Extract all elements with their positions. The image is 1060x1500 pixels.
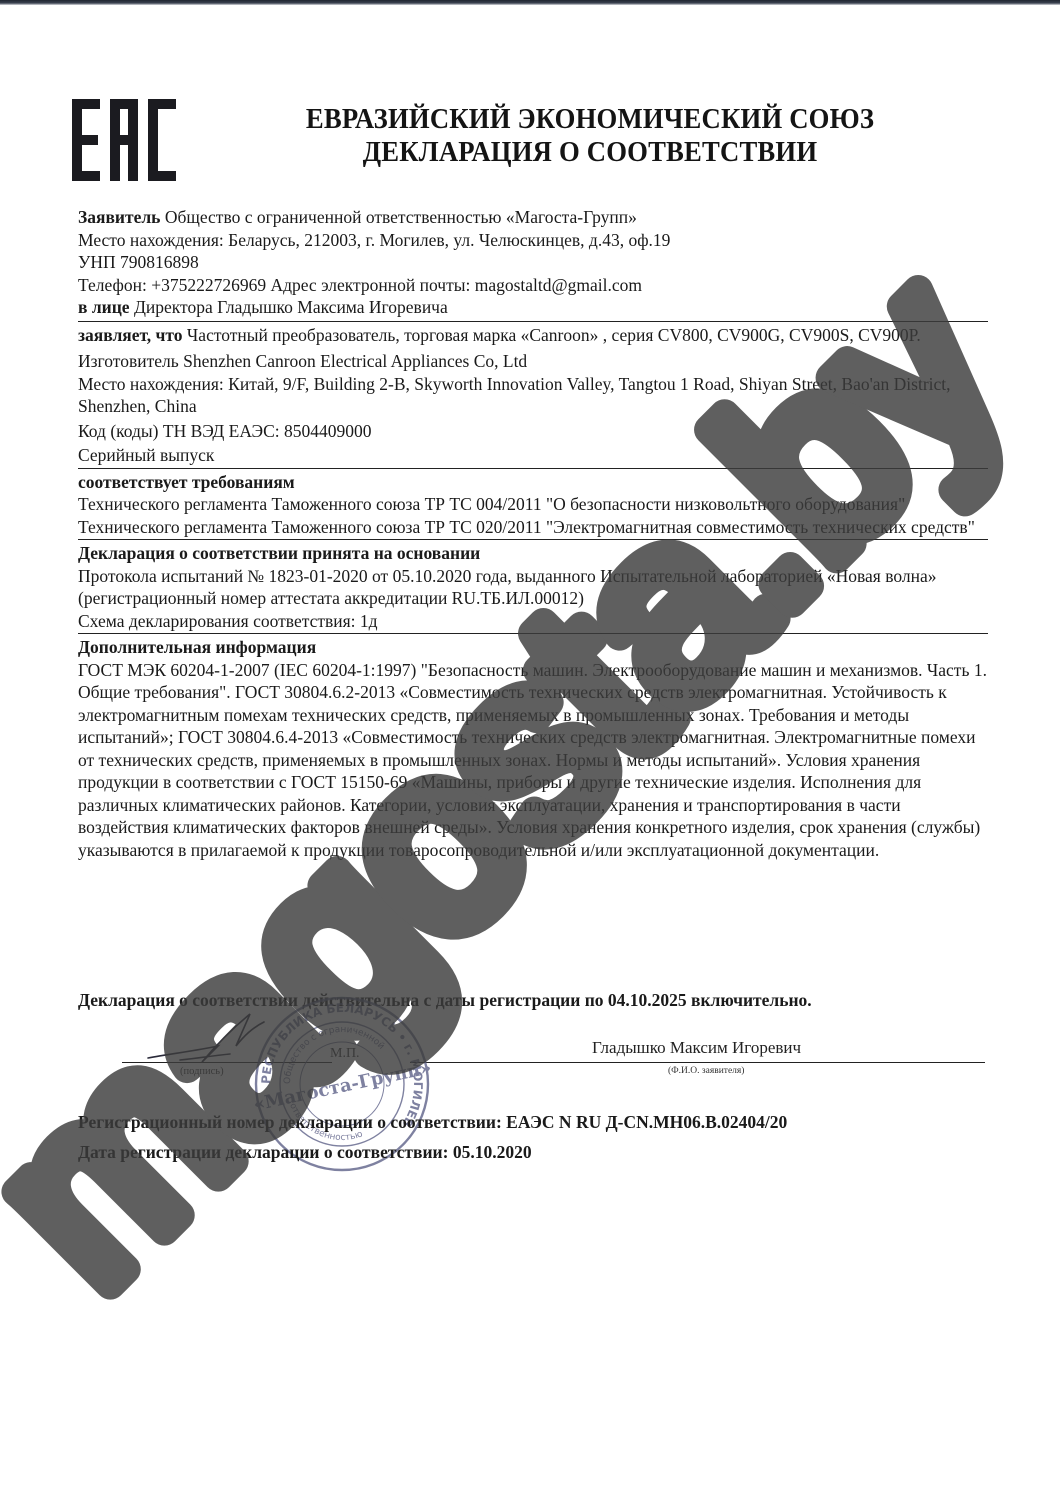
- full-name-caption: (Ф.И.О. заявителя): [668, 1066, 744, 1076]
- registration-date: 05.10.2020: [453, 1142, 532, 1162]
- registration-number-line: Регистрационный номер декларации о соотв…: [78, 1112, 988, 1133]
- represented-by: Директора Гладышко Максима Игоревича: [130, 297, 448, 317]
- additional-info-heading: Дополнительная информация: [78, 637, 316, 657]
- represented-label: в лице: [78, 297, 130, 317]
- test-protocol: Протокола испытаний № 1823-01-2020 от 05…: [78, 565, 988, 610]
- validity-statement: Декларация о соответствии действительна …: [78, 990, 988, 1011]
- requirement-item: Технического регламента Таможенного союз…: [78, 493, 988, 516]
- requirement-item: Технического регламента Таможенного союз…: [78, 516, 988, 539]
- applicant-address: Место нахождения: Беларусь, 212003, г. М…: [78, 229, 988, 252]
- applicant-full-name: Гладышко Максим Игоревич: [592, 1038, 801, 1058]
- registration-number-label: Регистрационный номер декларации о соотв…: [78, 1112, 506, 1132]
- manufacturer: Изготовитель Shenzhen Canroon Electrical…: [78, 350, 988, 373]
- product-description: Частотный преобразователь, торговая марк…: [183, 325, 921, 345]
- eac-letter-a: [110, 99, 138, 181]
- applicant-section: Заявитель Общество с ограниченной ответс…: [78, 206, 988, 322]
- additional-info-section: Дополнительная информация ГОСТ МЭК 60204…: [78, 634, 988, 861]
- product-section: заявляет, что Частотный преобразователь,…: [78, 322, 988, 469]
- eac-logo: [72, 99, 176, 181]
- requirements-heading: соответствует требованиям: [78, 472, 295, 492]
- scan-top-edge: [0, 0, 1060, 5]
- applicant-label: Заявитель: [78, 207, 160, 227]
- declaration-scheme: Схема декларирования соответствия: 1д: [78, 610, 988, 633]
- union-title: ЕВРАЗИЙСКИЙ ЭКОНОМИЧЕСКИЙ СОЮЗ: [259, 103, 921, 136]
- eac-letter-e: [72, 99, 100, 181]
- registration-date-line: Дата регистрации декларации о соответств…: [78, 1142, 988, 1163]
- applicant-contacts: Телефон: +375222726969 Адрес электронной…: [78, 274, 988, 297]
- registration-number: ЕАЭС N RU Д-CN.МН06.В.02404/20: [506, 1112, 787, 1132]
- applicant-name: Общество с ограниченной ответственностью…: [160, 207, 636, 227]
- basis-heading: Декларация о соответствии принята на осн…: [78, 543, 480, 563]
- additional-info-text: ГОСТ МЭК 60204-1-2007 (IEC 60204-1:1997)…: [78, 659, 988, 862]
- declares-label: заявляет, что: [78, 325, 183, 345]
- applicant-unp: УНП 790816898: [78, 251, 988, 274]
- eac-letter-c: [148, 99, 176, 181]
- registration-date-label: Дата регистрации декларации о соответств…: [78, 1142, 453, 1162]
- document-title: ДЕКЛАРАЦИЯ О СООТВЕТСТВИИ: [259, 136, 921, 169]
- production-type: Серийный выпуск: [78, 444, 988, 467]
- svg-text:«Магоста-Групп»: «Магоста-Групп»: [252, 1057, 432, 1115]
- full-name-line: [410, 1062, 985, 1063]
- requirements-section: соответствует требованиям Технического р…: [78, 469, 988, 541]
- manufacturer-address: Место нахождения: Китай, 9/F, Building 2…: [78, 373, 988, 418]
- basis-section: Декларация о соответствии принята на осн…: [78, 540, 988, 634]
- hs-code: Код (коды) ТН ВЭД ЕАЭС: 8504409000: [78, 420, 988, 443]
- declaration-body: Заявитель Общество с ограниченной ответс…: [78, 206, 988, 861]
